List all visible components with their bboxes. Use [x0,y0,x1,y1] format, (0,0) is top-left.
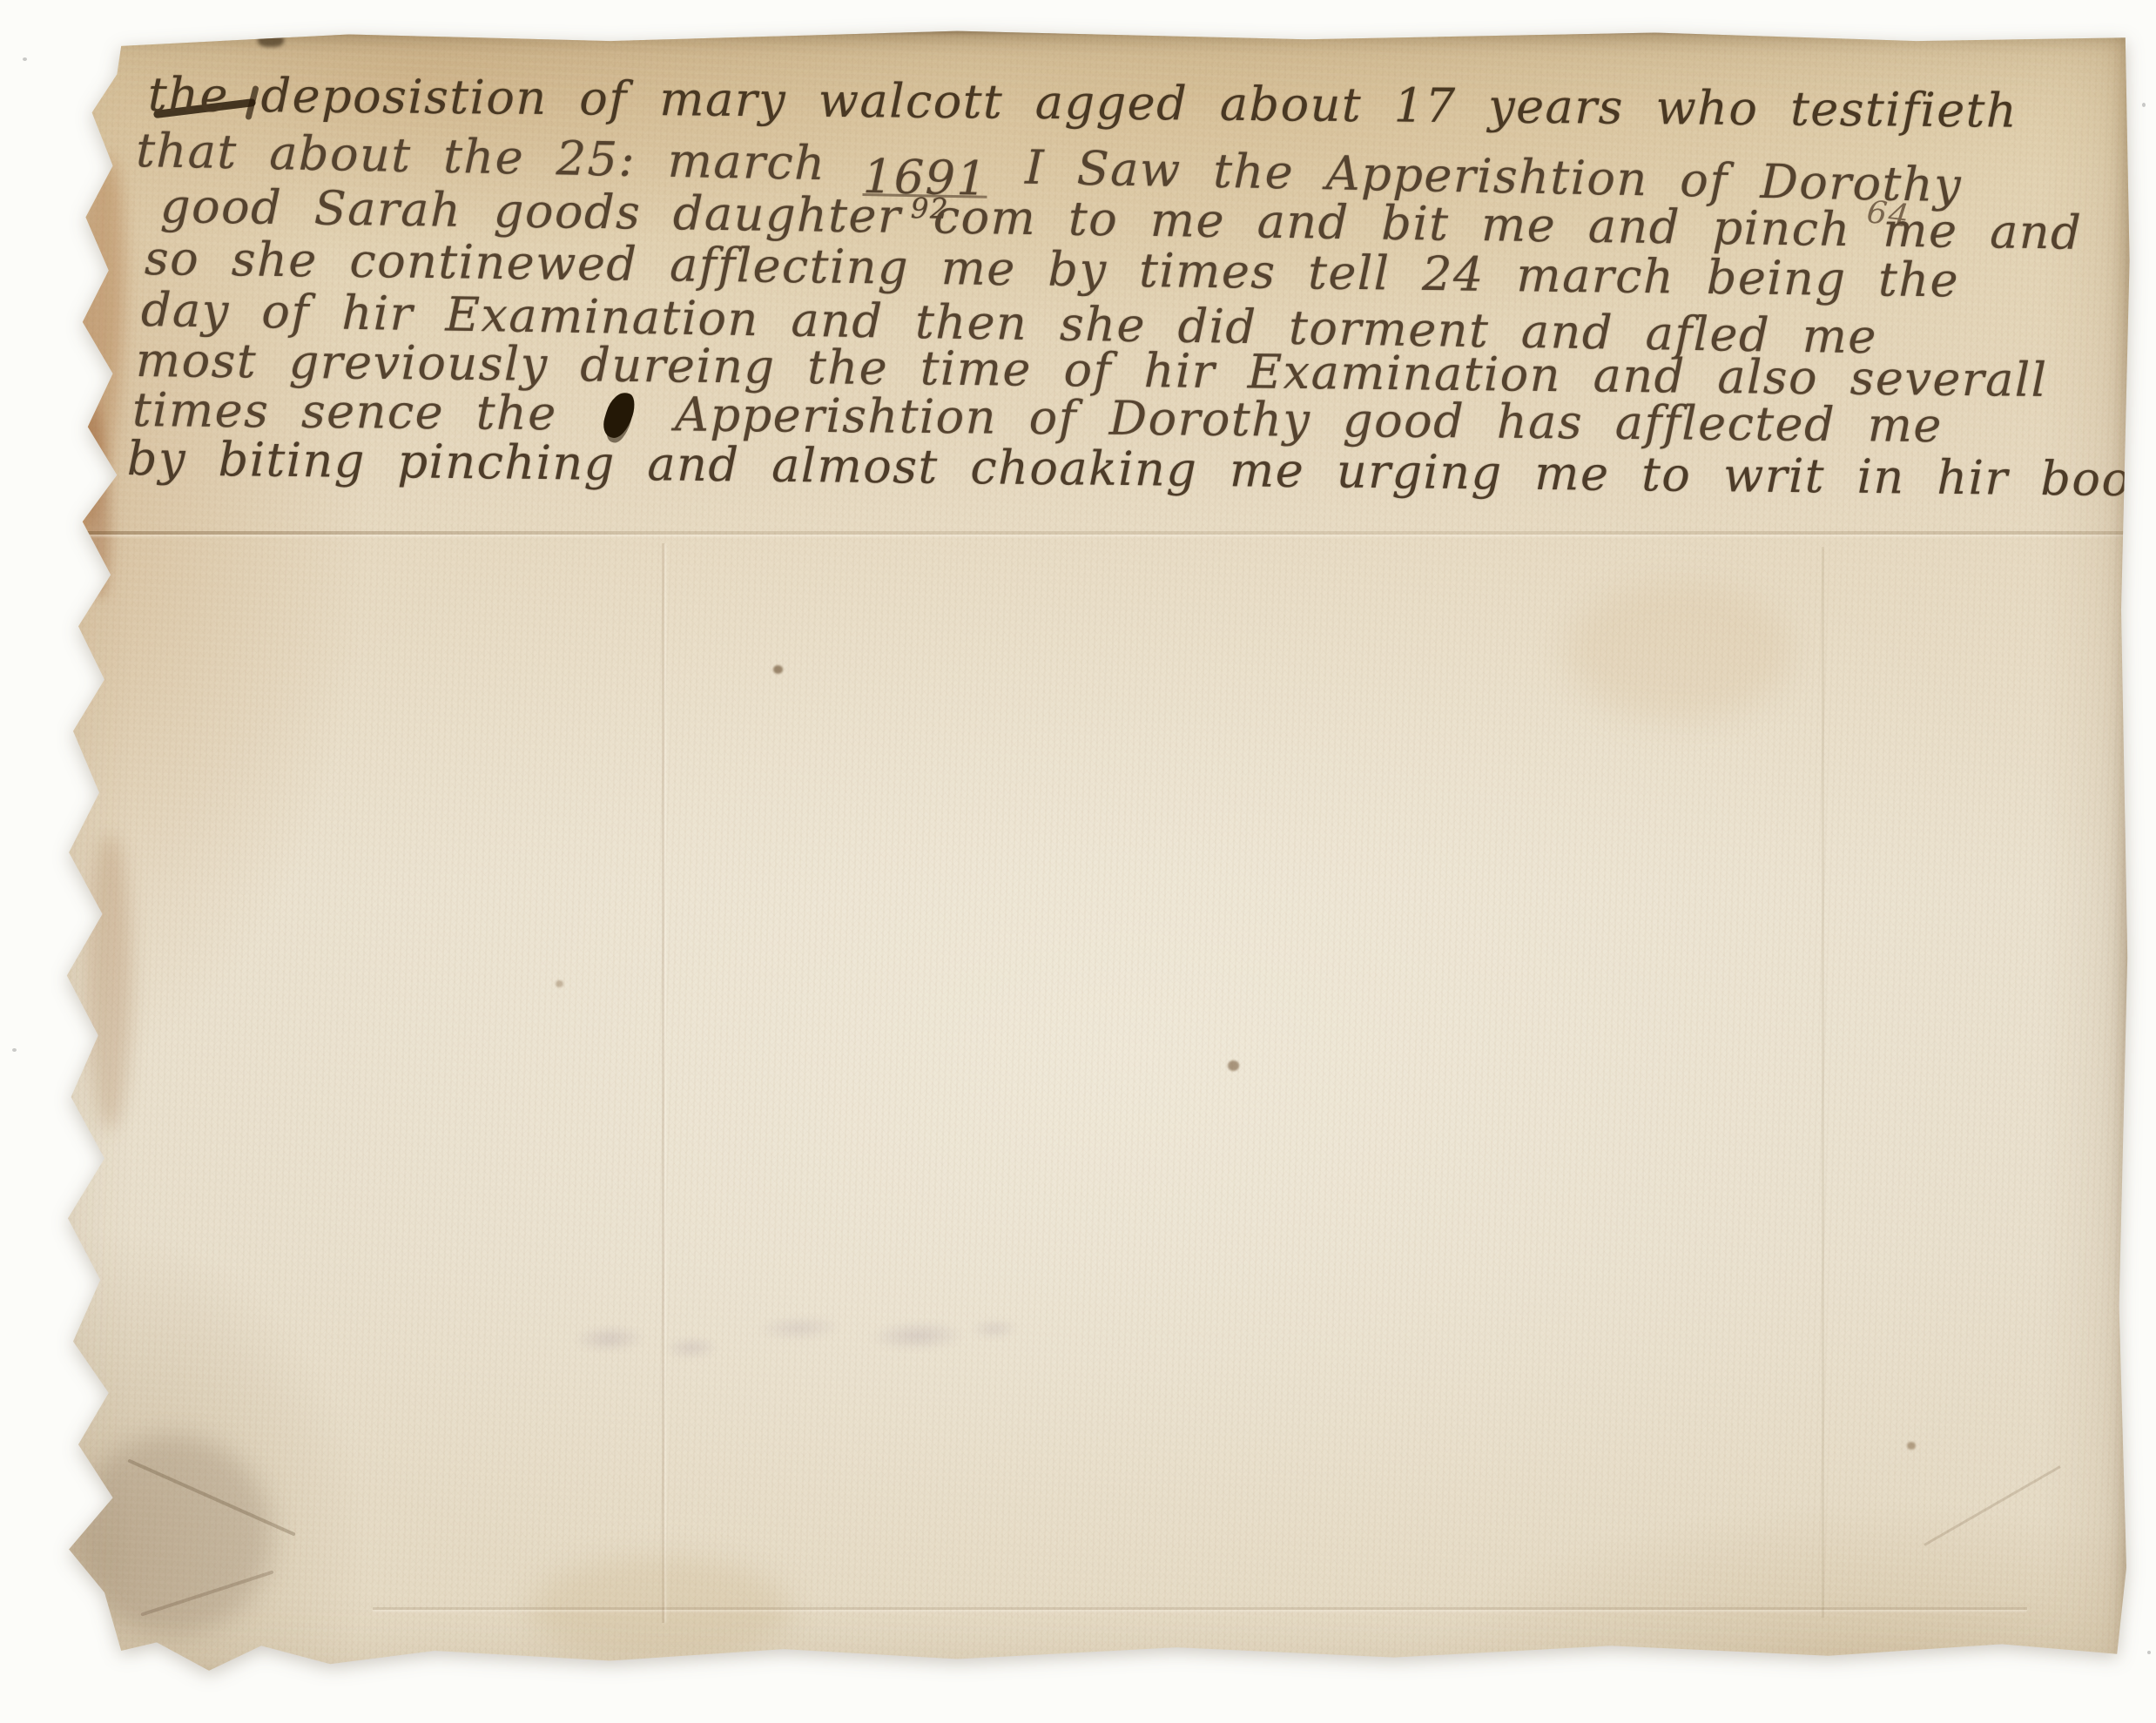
fox-speck [1228,1060,1239,1071]
rust-bleedthrough-mark [87,834,132,1130]
manuscript-page: 64 the deposistion of mary walcott agged… [42,24,2132,1687]
corner-tear-crease [127,1458,295,1536]
wrinkle-crease [1924,1465,2060,1546]
scanned-document: 64 the deposistion of mary walcott agged… [0,0,2156,1723]
showthrough-inscription [563,1289,1019,1383]
corner-soiling [71,1435,272,1635]
ink-blot [600,389,638,441]
paper-shadow-wrapper: 64 the deposistion of mary walcott agged… [0,0,2156,1723]
fox-speck [556,980,563,987]
handwritten-line-1: the deposistion of mary walcott agged ab… [148,71,2018,135]
fox-speck [1907,1442,1916,1450]
rust-bleedthrough-mark [75,398,115,599]
top-edge-ink-smudge [258,33,284,47]
water-stain [1566,582,1792,721]
water-stain [529,1557,791,1661]
fox-speck [773,665,783,674]
vertical-fold-crease [1822,547,1824,1618]
horizontal-fold-crease [373,1607,2027,1610]
rust-bleedthrough-mark [51,153,135,531]
corner-tear-crease [140,1570,273,1616]
rust-spot [47,508,85,566]
horizontal-fold-crease [42,531,2132,535]
vertical-fold-crease [662,543,664,1623]
